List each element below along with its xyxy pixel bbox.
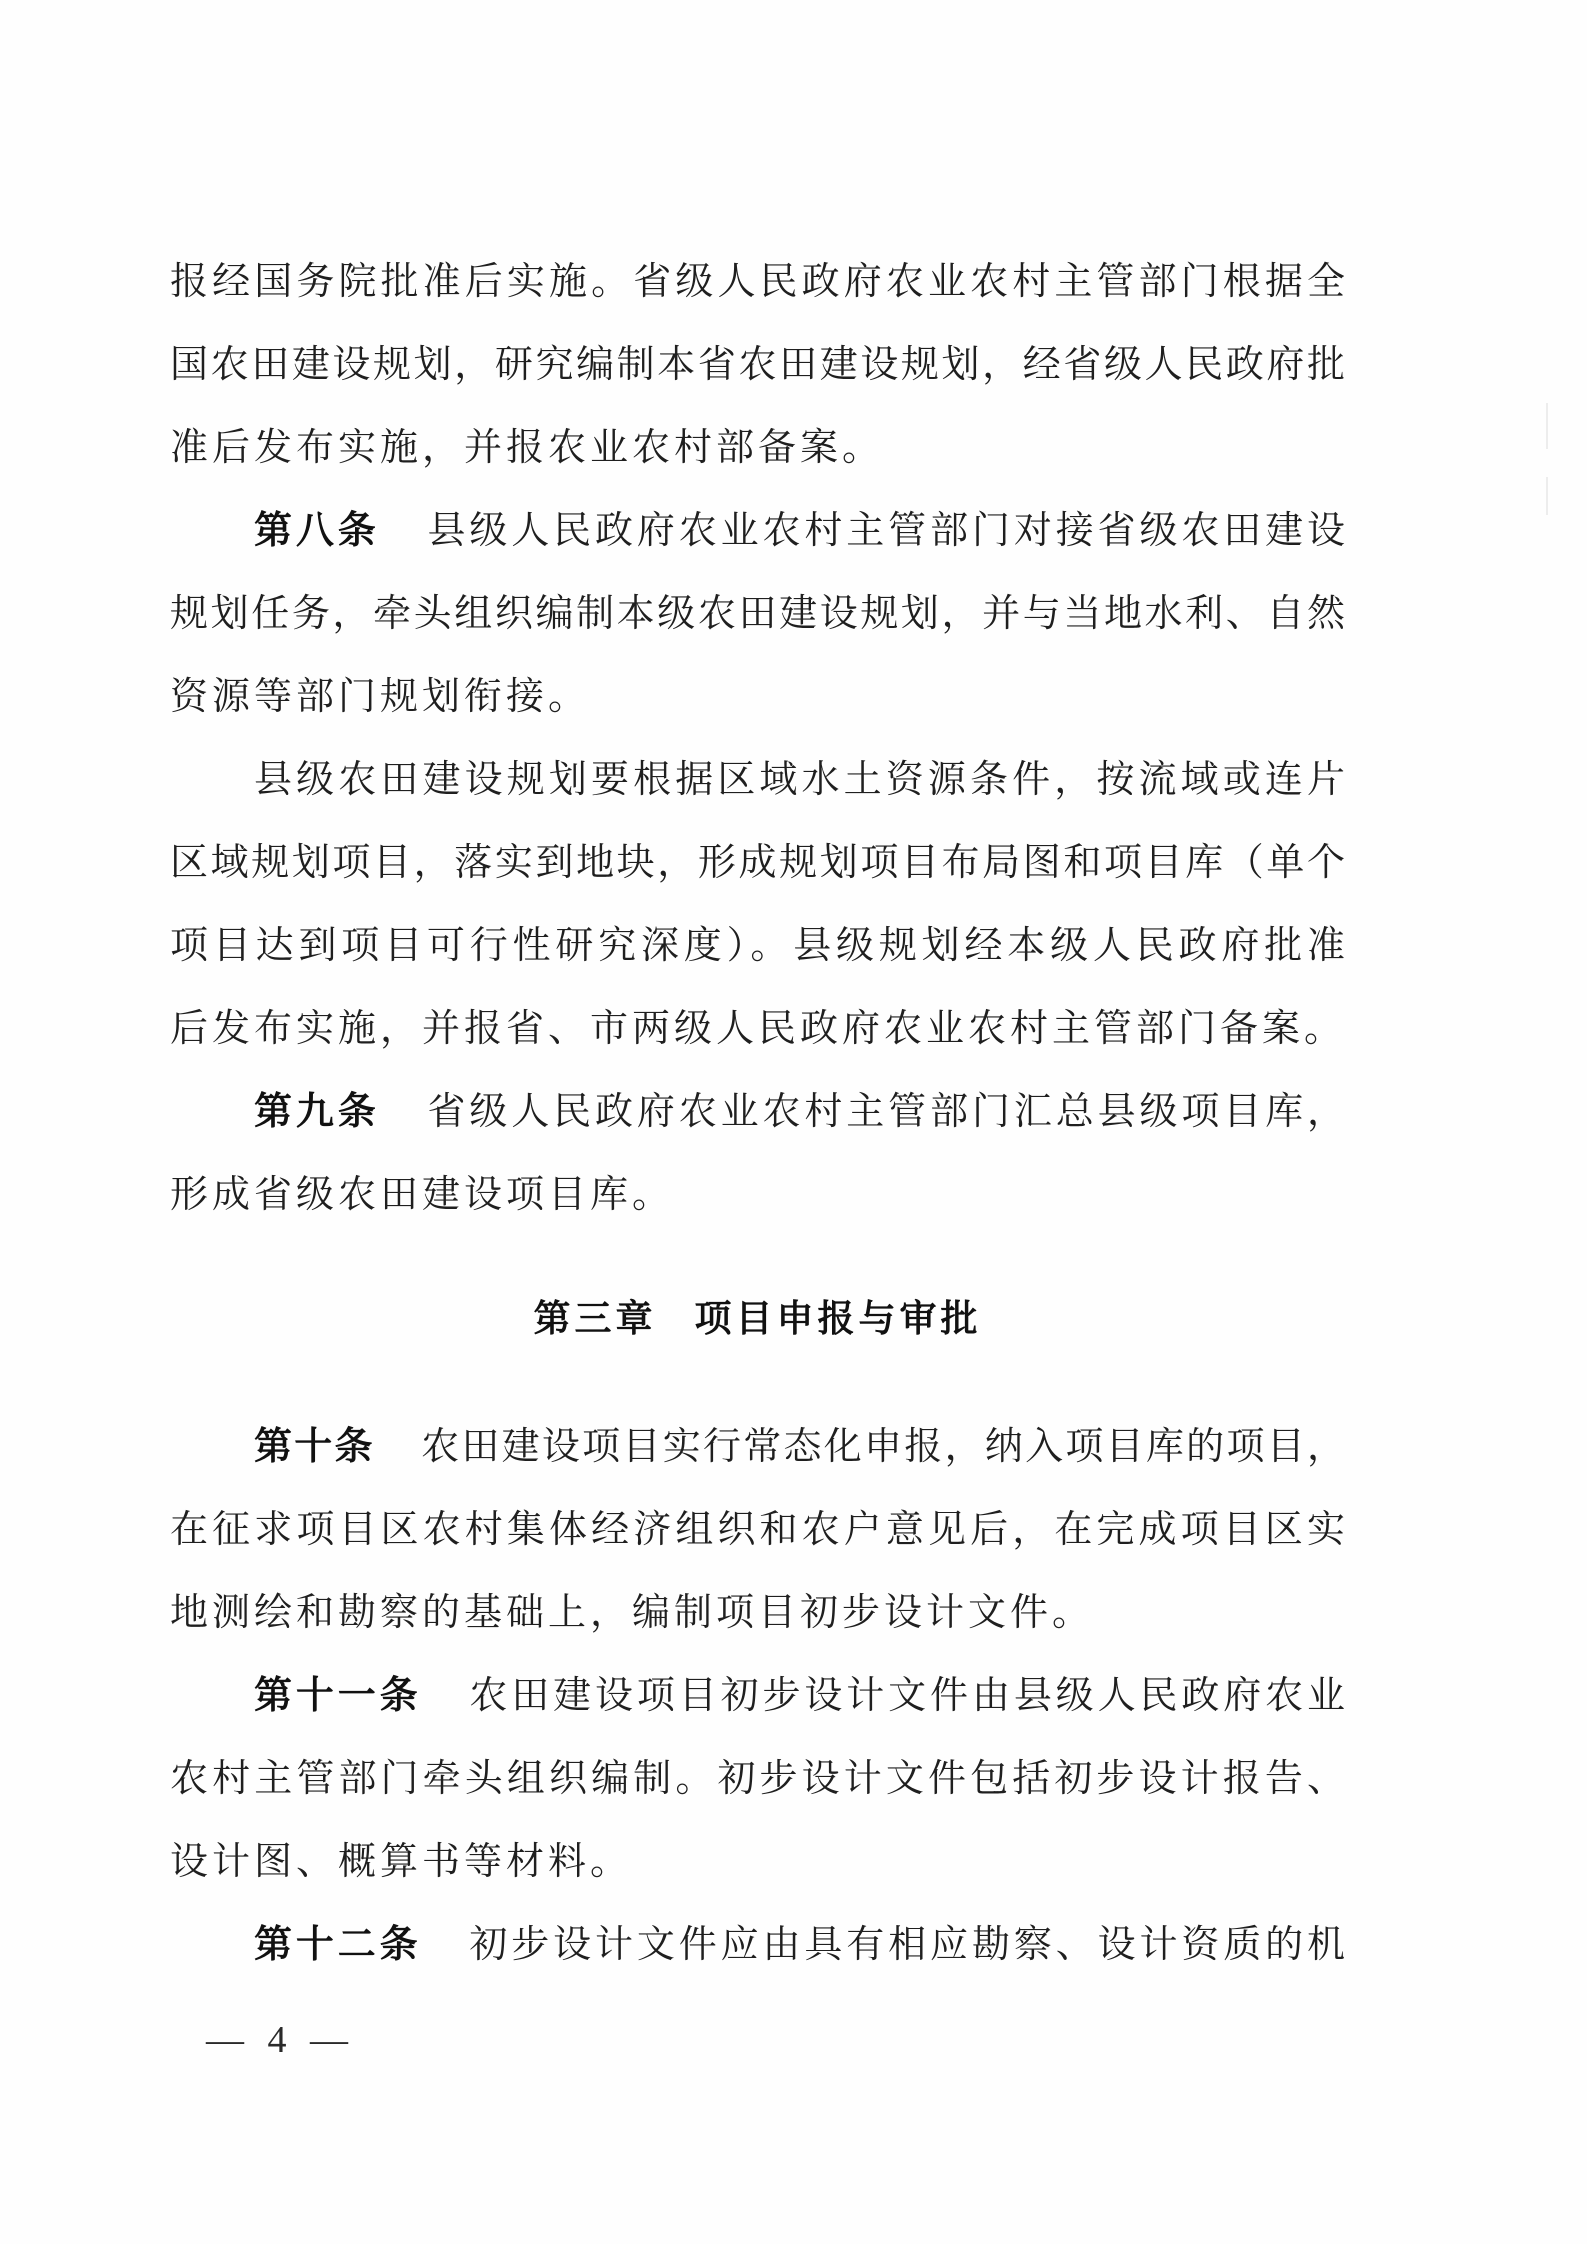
article-text: 农田建设项目初步设计文件由县级人民政府农业 [466, 1675, 1345, 1717]
article-text: 初步设计文件应由具有相应勘察、设计资质的机 [466, 1924, 1345, 1966]
article-number-label: 第八条 [254, 510, 380, 552]
text-line: 报经国务院批准后实施。省级人民政府农业农村主管部门根据全 [170, 241, 1345, 324]
text-line: 后发布实施，并报省、市两级人民政府农业农村主管部门备案。 [170, 988, 1345, 1071]
text-line-article-start: 第十二条初步设计文件应由具有相应勘察、设计资质的机 [170, 1904, 1345, 1987]
document-body: 报经国务院批准后实施。省级人民政府农业农村主管部门根据全 国农田建设规划，研究编… [170, 241, 1345, 1987]
article-text: 农田建设项目实行常态化申报，纳入项目库的项目， [419, 1426, 1345, 1468]
text-line-article-start: 第八条县级人民政府农业农村主管部门对接省级农田建设 [170, 490, 1345, 573]
text-line: 农村主管部门牵头组织编制。初步设计文件包括初步设计报告、 [170, 1738, 1345, 1821]
text-line: 地测绘和勘察的基础上，编制项目初步设计文件。 [170, 1572, 1345, 1655]
chapter-title: 项目申报与审批 [695, 1298, 982, 1339]
document-page: 报经国务院批准后实施。省级人民政府农业农村主管部门根据全 国农田建设规划，研究编… [0, 0, 1587, 2244]
text-line: 项目达到项目可行性研究深度）。县级规划经本级人民政府批准 [170, 905, 1345, 988]
scan-artifact [1546, 403, 1548, 449]
article-number-label: 第九条 [254, 1091, 380, 1133]
text-line: 规划任务，牵头组织编制本级农田建设规划，并与当地水利、自然 [170, 573, 1345, 656]
article-number-label: 第十一条 [254, 1675, 422, 1717]
scan-artifact [1546, 477, 1548, 515]
article-number-gap [380, 1123, 424, 1124]
text-line-article-start: 第十一条农田建设项目初步设计文件由县级人民政府农业 [170, 1655, 1345, 1738]
chapter-number: 第三章 [534, 1298, 657, 1339]
text-line: 资源等部门规划衔接。 [170, 656, 1345, 739]
chapter-heading-gap [657, 1330, 695, 1331]
article-number-label: 第十条 [254, 1426, 375, 1468]
article-number-gap [422, 1707, 466, 1708]
text-line: 在征求项目区农村集体经济组织和农户意见后，在完成项目区实 [170, 1489, 1345, 1572]
text-line: 设计图、概算书等材料。 [170, 1821, 1345, 1904]
text-line-article-start: 第十条农田建设项目实行常态化申报，纳入项目库的项目， [170, 1406, 1345, 1489]
page-number: — 4 — [206, 1999, 352, 2082]
chapter-heading: 第三章项目申报与审批 [170, 1277, 1345, 1360]
text-line: 形成省级农田建设项目库。 [170, 1154, 1345, 1237]
article-number-gap [422, 1956, 466, 1957]
text-line: 国农田建设规划，研究编制本省农田建设规划，经省级人民政府批 [170, 324, 1345, 407]
article-number-label: 第十二条 [254, 1924, 422, 1966]
article-number-gap [380, 542, 424, 543]
text-line-article-start: 第九条省级人民政府农业农村主管部门汇总县级项目库， [170, 1071, 1345, 1154]
article-text: 省级人民政府农业农村主管部门汇总县级项目库， [424, 1091, 1345, 1133]
text-line: 准后发布实施，并报农业农村部备案。 [170, 407, 1345, 490]
article-text: 县级人民政府农业农村主管部门对接省级农田建设 [424, 510, 1345, 552]
article-number-gap [375, 1458, 419, 1459]
text-line: 区域规划项目，落实到地块，形成规划项目布局图和项目库（单个 [170, 822, 1345, 905]
text-line-paragraph-start: 县级农田建设规划要根据区域水土资源条件，按流域或连片 [170, 739, 1345, 822]
paragraph-text: 县级农田建设规划要根据区域水土资源条件，按流域或连片 [254, 759, 1345, 801]
